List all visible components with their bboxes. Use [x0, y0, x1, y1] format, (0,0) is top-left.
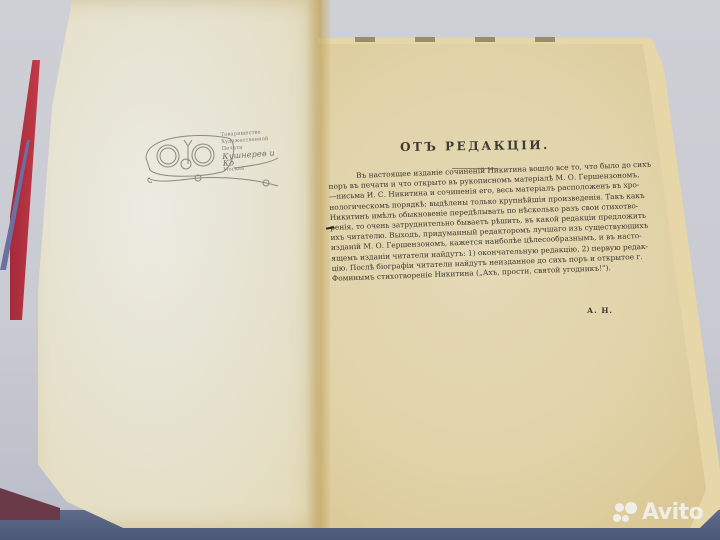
- avito-watermark: Avito: [613, 500, 703, 525]
- emblem-caption: Товарищество Художественной Печати Кушне…: [221, 128, 284, 174]
- preface-text: Въ настоящее изданіе сочиненій Никитина …: [328, 159, 658, 284]
- signature: А. Н.: [587, 306, 613, 315]
- torn-page-edge: [355, 37, 585, 42]
- avito-logo-icon: [613, 502, 639, 524]
- book-gutter: [306, 0, 330, 528]
- page-title: ОТЪ РЕДАКЦІИ.: [400, 138, 550, 154]
- book-cover-red: [10, 60, 40, 320]
- left-page: [38, 0, 322, 528]
- avito-label: Avito: [642, 500, 703, 525]
- book-photo: Товарищество Художественной Печати Кушне…: [0, 0, 720, 540]
- book-cover-bottom: [0, 480, 60, 520]
